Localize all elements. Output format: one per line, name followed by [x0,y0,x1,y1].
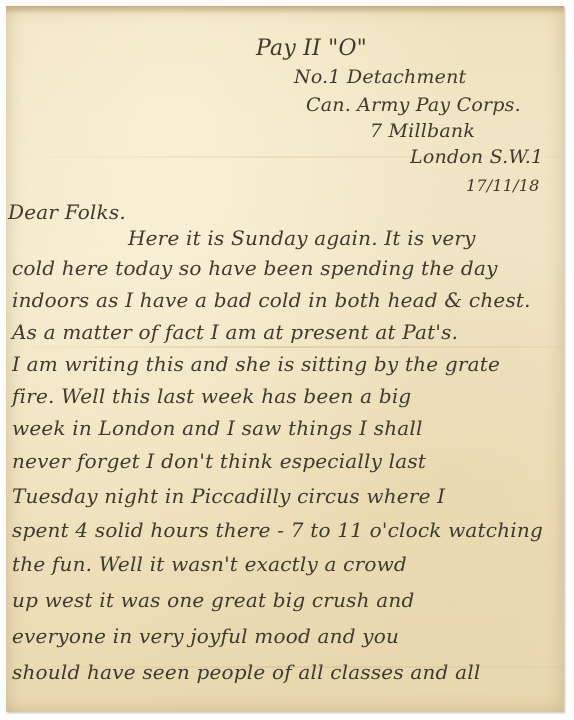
body-line: cold here today so have been spending th… [12,256,498,280]
body-line: everyone in very joyful mood and you [12,624,399,648]
body-line: As a matter of fact I am at present at P… [12,320,458,344]
body-line: week in London and I saw things I shall [12,416,423,440]
letter-date: 17/11/18 [466,176,539,195]
body-line: Here it is Sunday again. It is very [128,226,476,250]
body-line: fire. Well this last week has been a big [12,384,411,408]
header-line-detachment: No.1 Detachment [294,66,466,88]
body-line: the fun. Well it wasn't exactly a crowd [12,552,407,576]
body-line: Tuesday night in Piccadilly circus where… [12,484,445,508]
header-line-corps: Can. Army Pay Corps. [306,94,521,116]
body-line: indoors as I have a bad cold in both hea… [12,288,531,312]
body-line: should have seen people of all classes a… [12,660,480,684]
body-line: spent 4 solid hours there - 7 to 11 o'cl… [12,518,543,542]
header-line-city: London S.W.1 [410,146,543,168]
header-line-unit: Pay II "O" [256,36,367,61]
body-line: up west it was one great big crush and [12,588,414,612]
paper-fold-crease [6,346,564,348]
body-line: never forget I don't think especially la… [12,449,426,473]
body-line: I am writing this and she is sitting by … [12,352,500,376]
letter-salutation: Dear Folks. [8,200,126,224]
header-line-street: 7 Millbank [370,120,475,142]
letter-page: Pay II "O" No.1 Detachment Can. Army Pay… [6,6,564,712]
